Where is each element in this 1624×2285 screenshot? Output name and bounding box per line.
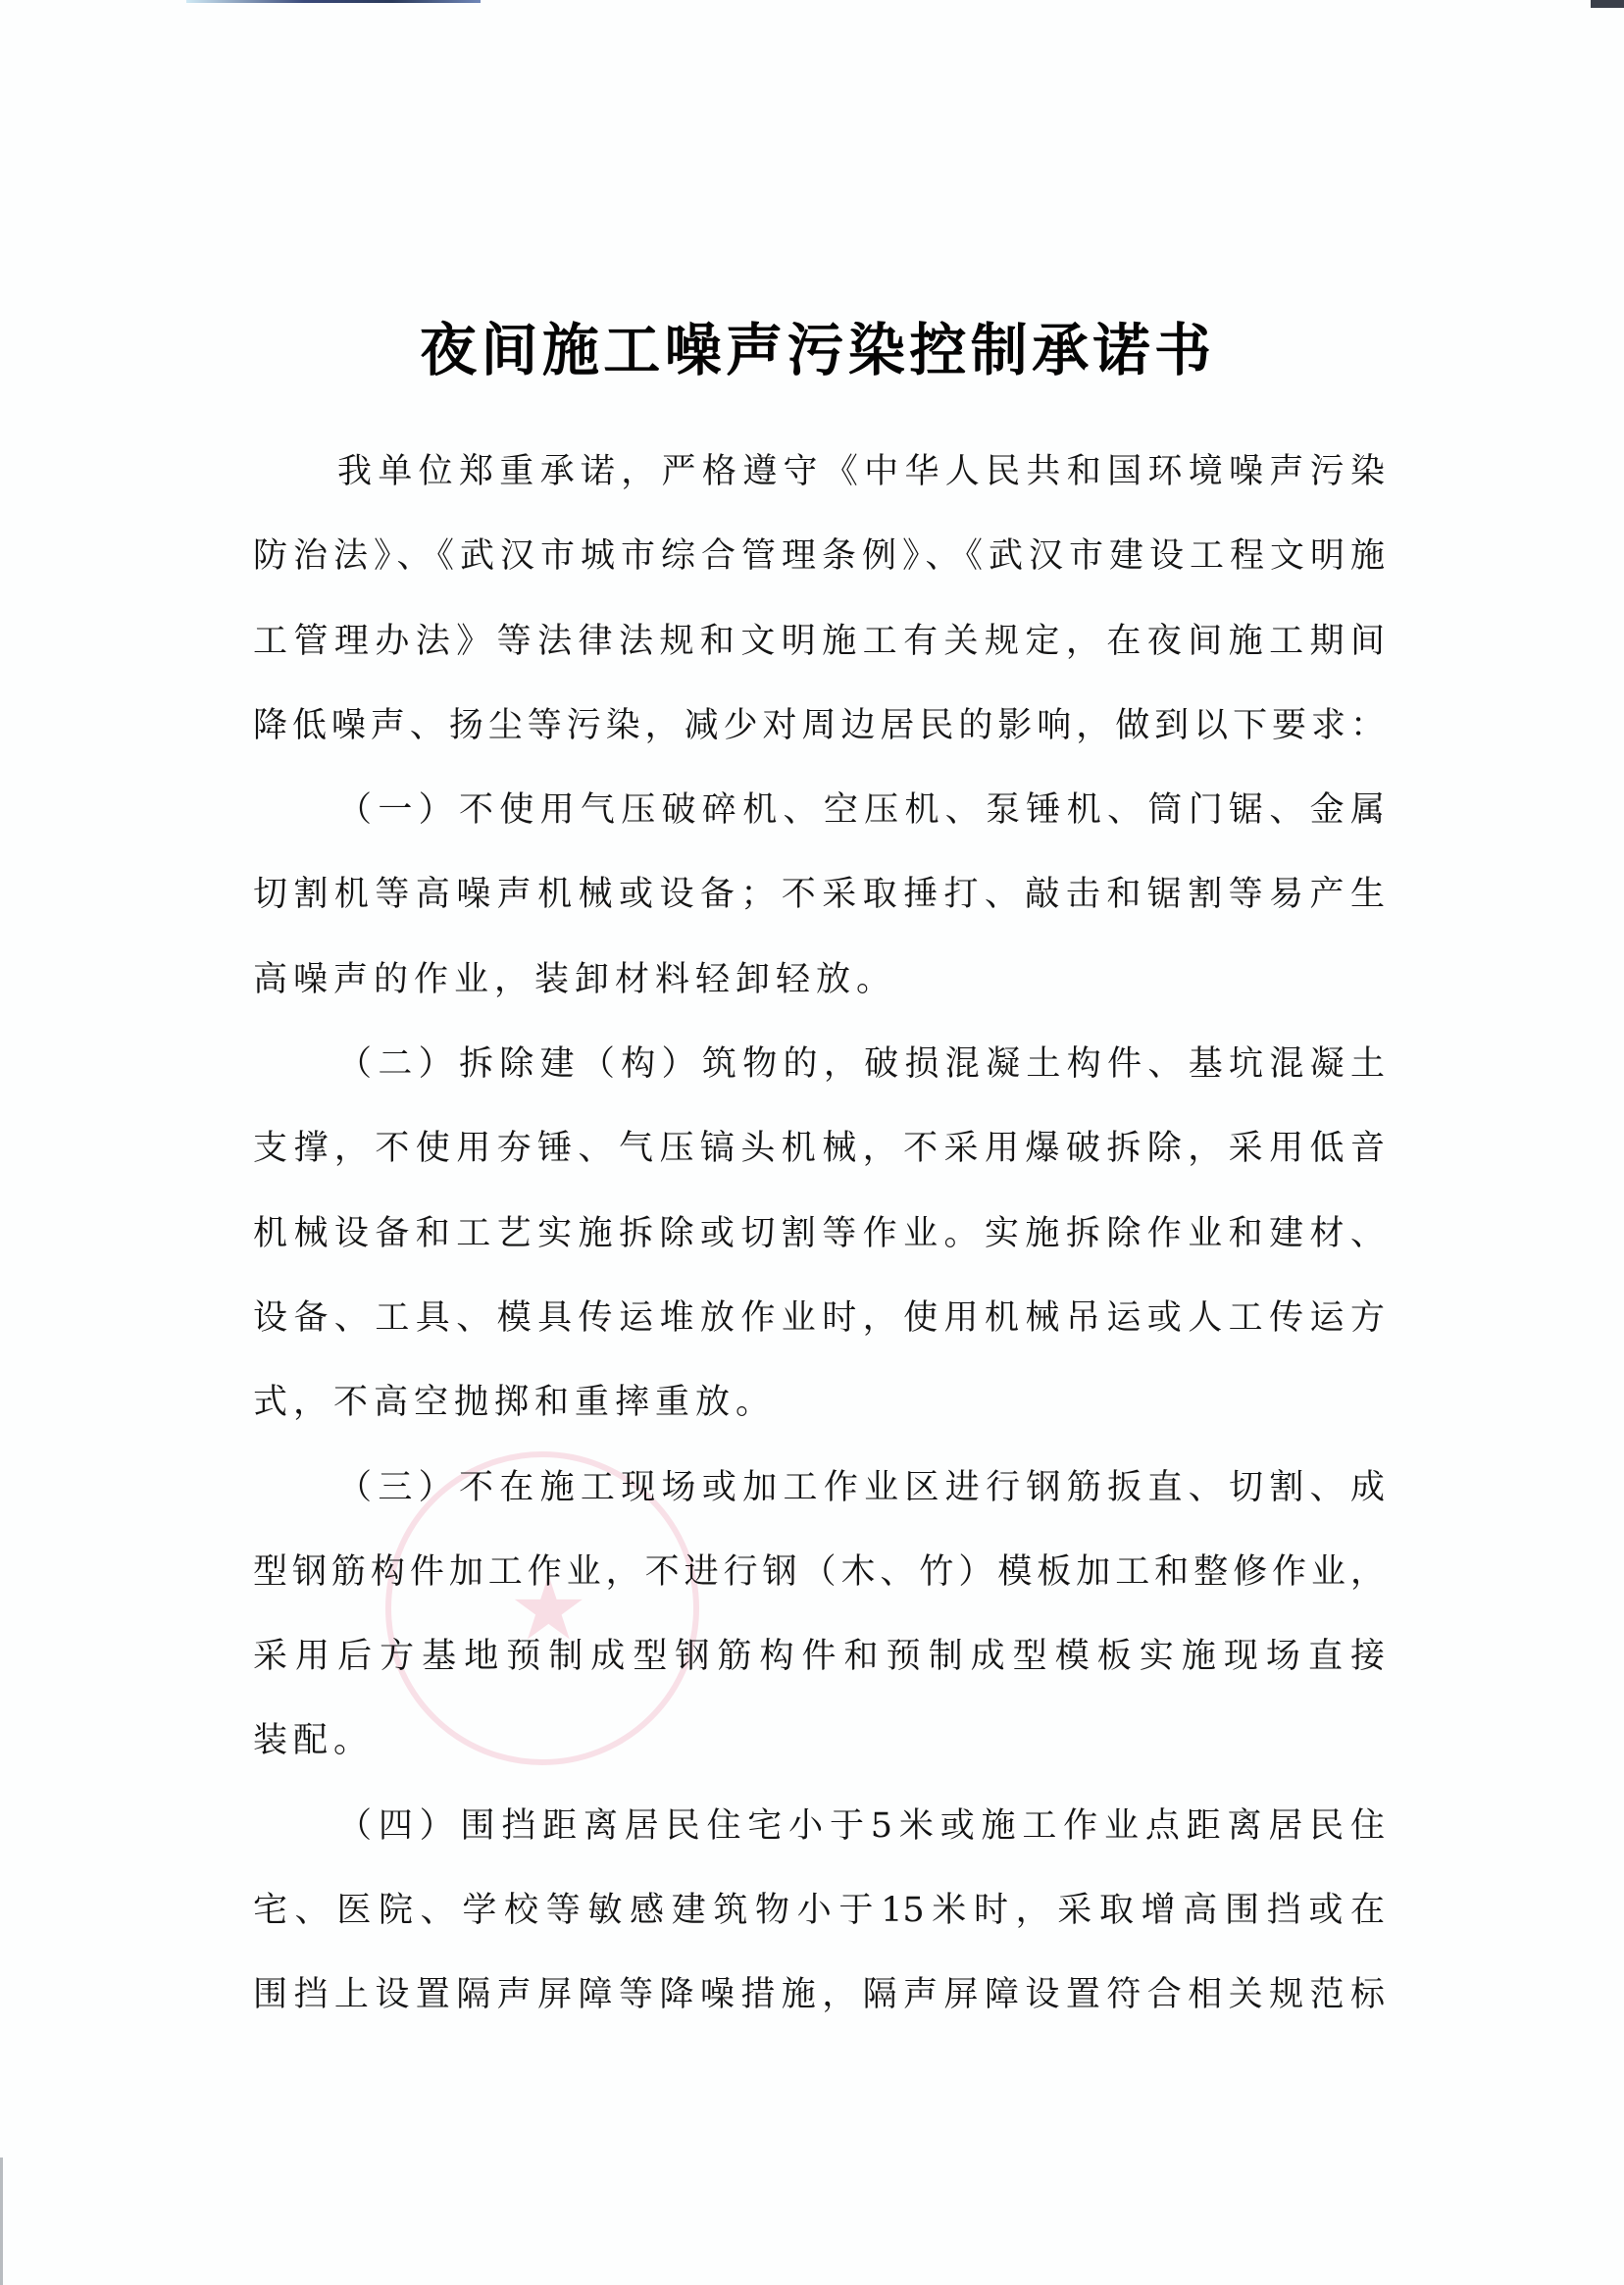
paragraph-item-1: （一）不使用气压破碎机、空压机、泵锤机、筒门锯、金属 切割机等高噪声机械或设备；… [253,786,1385,1040]
text-line: 高噪声的作业，装卸材料轻卸轻放。 [253,955,1385,1040]
text-line: 型钢筋构件加工作业，不进行钢（木、竹）模板加工和整修作业， [253,1548,1385,1632]
text-line: （一）不使用气压破碎机、空压机、泵锤机、筒门锯、金属 [253,786,1385,870]
text-line: 支撑，不使用夯锤、气压镐头机械，不采用爆破拆除，采用低音 [253,1124,1385,1208]
text-line: 切割机等高噪声机械或设备；不采取捶打、敲击和锯割等易产生 [253,870,1385,954]
paragraph-item-3: （三）不在施工现场或加工作业区进行钢筋扳直、切割、成 型钢筋构件加工作业，不进行… [253,1463,1385,1802]
text-line: 围挡上设置隔声屏障等降噪措施，隔声屏障设置符合相关规范标 [253,1970,1385,2055]
text-line: 采用后方基地预制成型钢筋构件和预制成型模板实施现场直接 [253,1632,1385,1716]
text-line: 工管理办法》等法律法规和文明施工有关规定，在夜间施工期间 [253,617,1385,701]
scan-artifact-top [186,0,481,3]
text-line: 机械设备和工艺实施拆除或切割等作业。实施拆除作业和建材、 [253,1209,1385,1294]
text-line: 式，不高空抛掷和重摔重放。 [253,1378,1385,1462]
scan-artifact-edge [0,2158,3,2285]
text-line: 防治法》、《武汉市城市综合管理条例》、《武汉市建设工程文明施 [253,532,1385,616]
document-title: 夜间施工噪声污染控制承诺书 [420,315,1214,385]
paragraph-item-2: （二）拆除建（构）筑物的，破损混凝土构件、基坑混凝土 支撑，不使用夯锤、气压镐头… [253,1040,1385,1462]
text-line: 设备、工具、模具传运堆放作业时，使用机械吊运或人工传运方 [253,1294,1385,1378]
text-line: （四）围挡距离居民住宅小于5米或施工作业点距离居民住 [253,1802,1385,1886]
text-line: 宅、医院、学校等敏感建筑物小于15米时，采取增高围挡或在 [253,1886,1385,1970]
document-body: 我单位郑重承诺，严格遵守《中华人民共和国环境噪声污染 防治法》、《武汉市城市综合… [253,447,1385,2056]
paragraph-intro: 我单位郑重承诺，严格遵守《中华人民共和国环境噪声污染 防治法》、《武汉市城市综合… [253,447,1385,786]
text-line: 我单位郑重承诺，严格遵守《中华人民共和国环境噪声污染 [253,447,1385,532]
text-line: 降低噪声、扬尘等污染，减少对周边居民的影响，做到以下要求： [253,701,1385,786]
paragraph-item-4: （四）围挡距离居民住宅小于5米或施工作业点距离居民住 宅、医院、学校等敏感建筑物… [253,1802,1385,2056]
text-line: （二）拆除建（构）筑物的，破损混凝土构件、基坑混凝土 [253,1040,1385,1124]
scan-artifact-corner [1591,0,1624,8]
text-line: （三）不在施工现场或加工作业区进行钢筋扳直、切割、成 [253,1463,1385,1548]
text-line: 装配。 [253,1716,1385,1801]
